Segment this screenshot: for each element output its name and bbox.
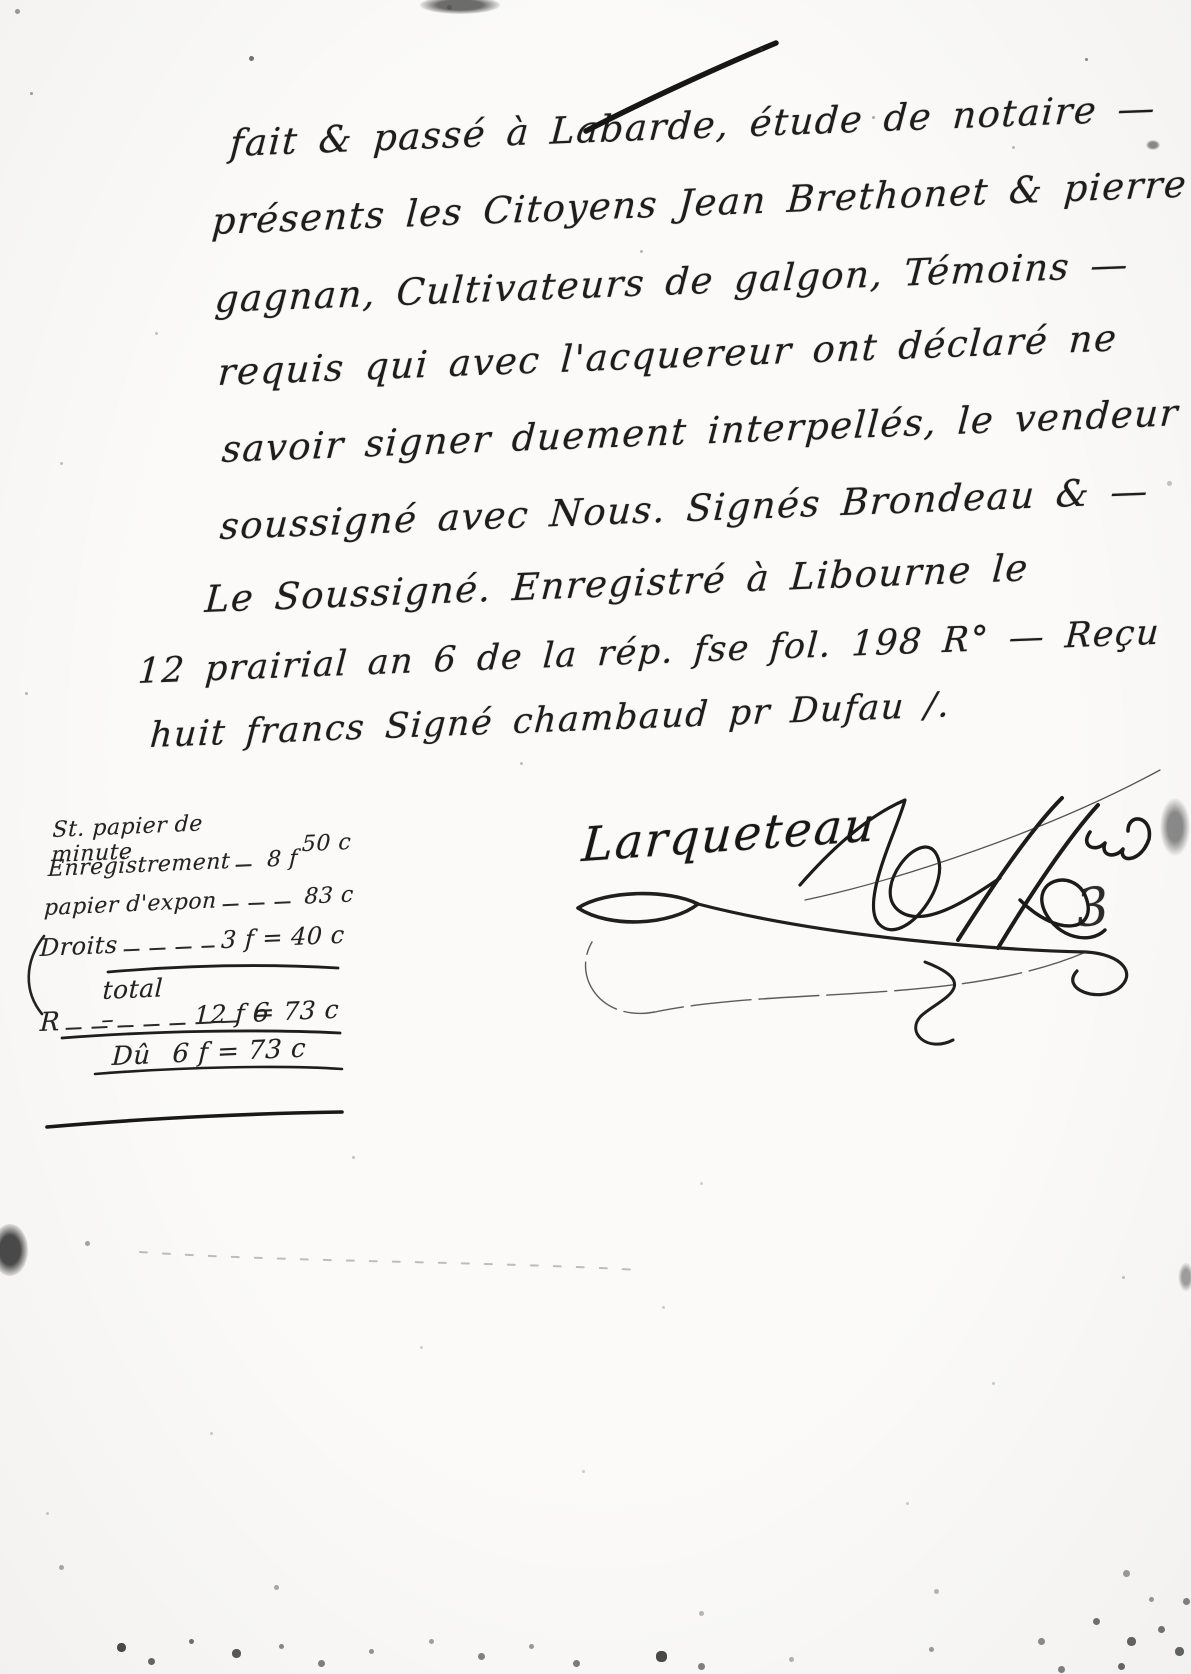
manuscript-line: 12 prairial an 6 de la rép. fse fol. 198… [137,613,1162,692]
notary-signature-name: Larqueteau [580,797,878,873]
signature-underline-flourish [586,942,1086,1013]
signature-flourish-ink [958,798,1062,940]
fee-leader [222,901,298,906]
signature-underline-flourish [578,894,698,922]
manuscript-line: huit francs Signé chambaud pr Dufau /. [149,685,952,756]
scan-smudge [0,1224,28,1276]
manuscript-line: fait & passé à Labarde, étude de notaire… [229,86,1158,165]
fee-label: R [39,1007,60,1038]
fee-amount: 3 f = 40 c [220,921,345,954]
ink-specks-scatter [0,0,3,3]
scan-smudge [420,0,500,14]
scanned-document-page: fait & passé à Labarde, étude de notaire… [0,0,1191,1674]
scan-smudge [1178,1262,1191,1292]
fee-leader [66,1020,247,1030]
fee-row: Droits 3 f = 40 c [39,921,345,962]
signature-underline-flourish [916,962,955,1044]
faint-dash-trail [140,1252,640,1270]
fee-amount: 83 c [304,882,354,909]
fee-amount: 50 c [301,830,351,857]
manuscript-line: Le Soussigné. Enregistré à Libourne le [204,546,1031,621]
signature-underline-flourish [698,904,1127,995]
fee-label: Dû [111,1040,151,1072]
signature-paraph-number: 3 [1073,876,1112,939]
ink-specks-bottom-edge [0,0,3,3]
manuscript-line: gagnan, Cultivateurs de galgon, Témoins … [214,243,1131,321]
fee-amount: 6 f = 73 c [172,1033,307,1069]
manuscript-line: présents les Citoyens Jean Brethonet & p… [211,160,1191,243]
manuscript-line: requis qui avec l'acquereur ont déclaré … [217,316,1119,394]
fee-label: Droits [39,931,118,962]
scan-smudge [1146,140,1160,150]
manuscript-line: soussigné avec Nous. Signés Brondeau & — [219,469,1151,548]
fee-row: papier d'expon 83 c [43,882,354,921]
fee-amount: 6 [252,998,270,1029]
fee-amount: 8 f [267,846,299,872]
fee-label: papier d'expon [43,888,217,921]
fee-row: R 6 [39,998,270,1038]
manuscript-line: savoir signer duement interpellés, le ve… [221,391,1181,471]
fee-leader [236,864,261,867]
account-rule-bottom [47,1112,342,1127]
signature-superscript-squiggle [1087,819,1150,859]
fee-row-due: Dû 6 f = 73 c [111,1032,347,1072]
fee-leader [156,1061,166,1063]
scan-smudge [1160,798,1190,856]
fee-leader [123,945,214,951]
